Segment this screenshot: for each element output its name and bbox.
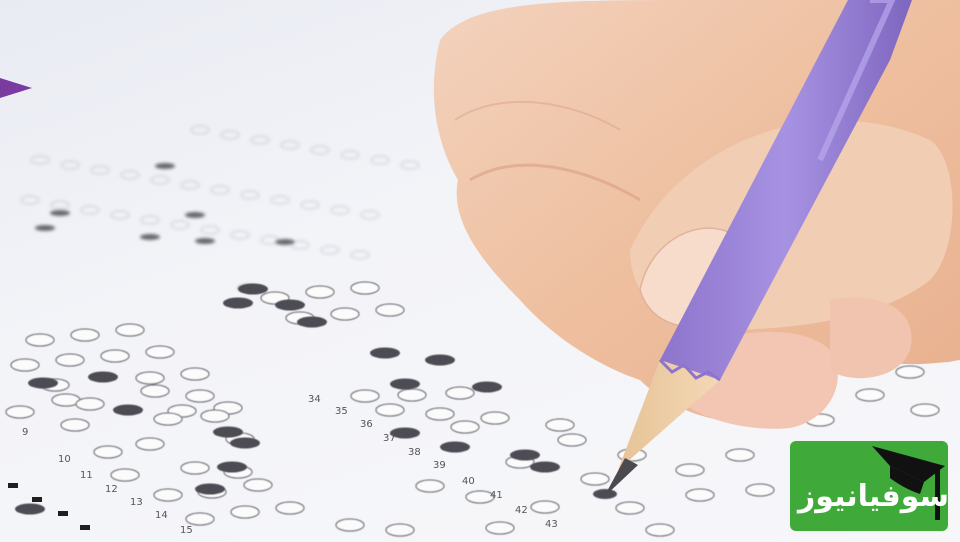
svg-text:9: 9	[22, 427, 28, 438]
svg-text:15: 15	[180, 525, 193, 536]
watermark-text: سوفیانیوز	[798, 479, 949, 514]
svg-text:41: 41	[490, 490, 503, 501]
svg-text:43: 43	[545, 519, 558, 530]
svg-text:35: 35	[335, 406, 348, 417]
svg-text:37: 37	[383, 433, 396, 444]
photo-background: 91011 12131415 343536 373839 40414243	[0, 0, 960, 542]
svg-text:38: 38	[408, 447, 421, 458]
svg-text:42: 42	[515, 505, 528, 516]
svg-text:39: 39	[433, 460, 446, 471]
svg-text:13: 13	[130, 497, 143, 508]
svg-text:12: 12	[105, 484, 118, 495]
svg-text:14: 14	[155, 510, 168, 521]
watermark-logo: سوفیانیوز	[790, 441, 948, 531]
svg-text:40: 40	[462, 476, 475, 487]
svg-text:36: 36	[360, 419, 373, 430]
svg-text:10: 10	[58, 454, 71, 465]
svg-text:11: 11	[80, 470, 93, 481]
svg-text:34: 34	[308, 394, 321, 405]
